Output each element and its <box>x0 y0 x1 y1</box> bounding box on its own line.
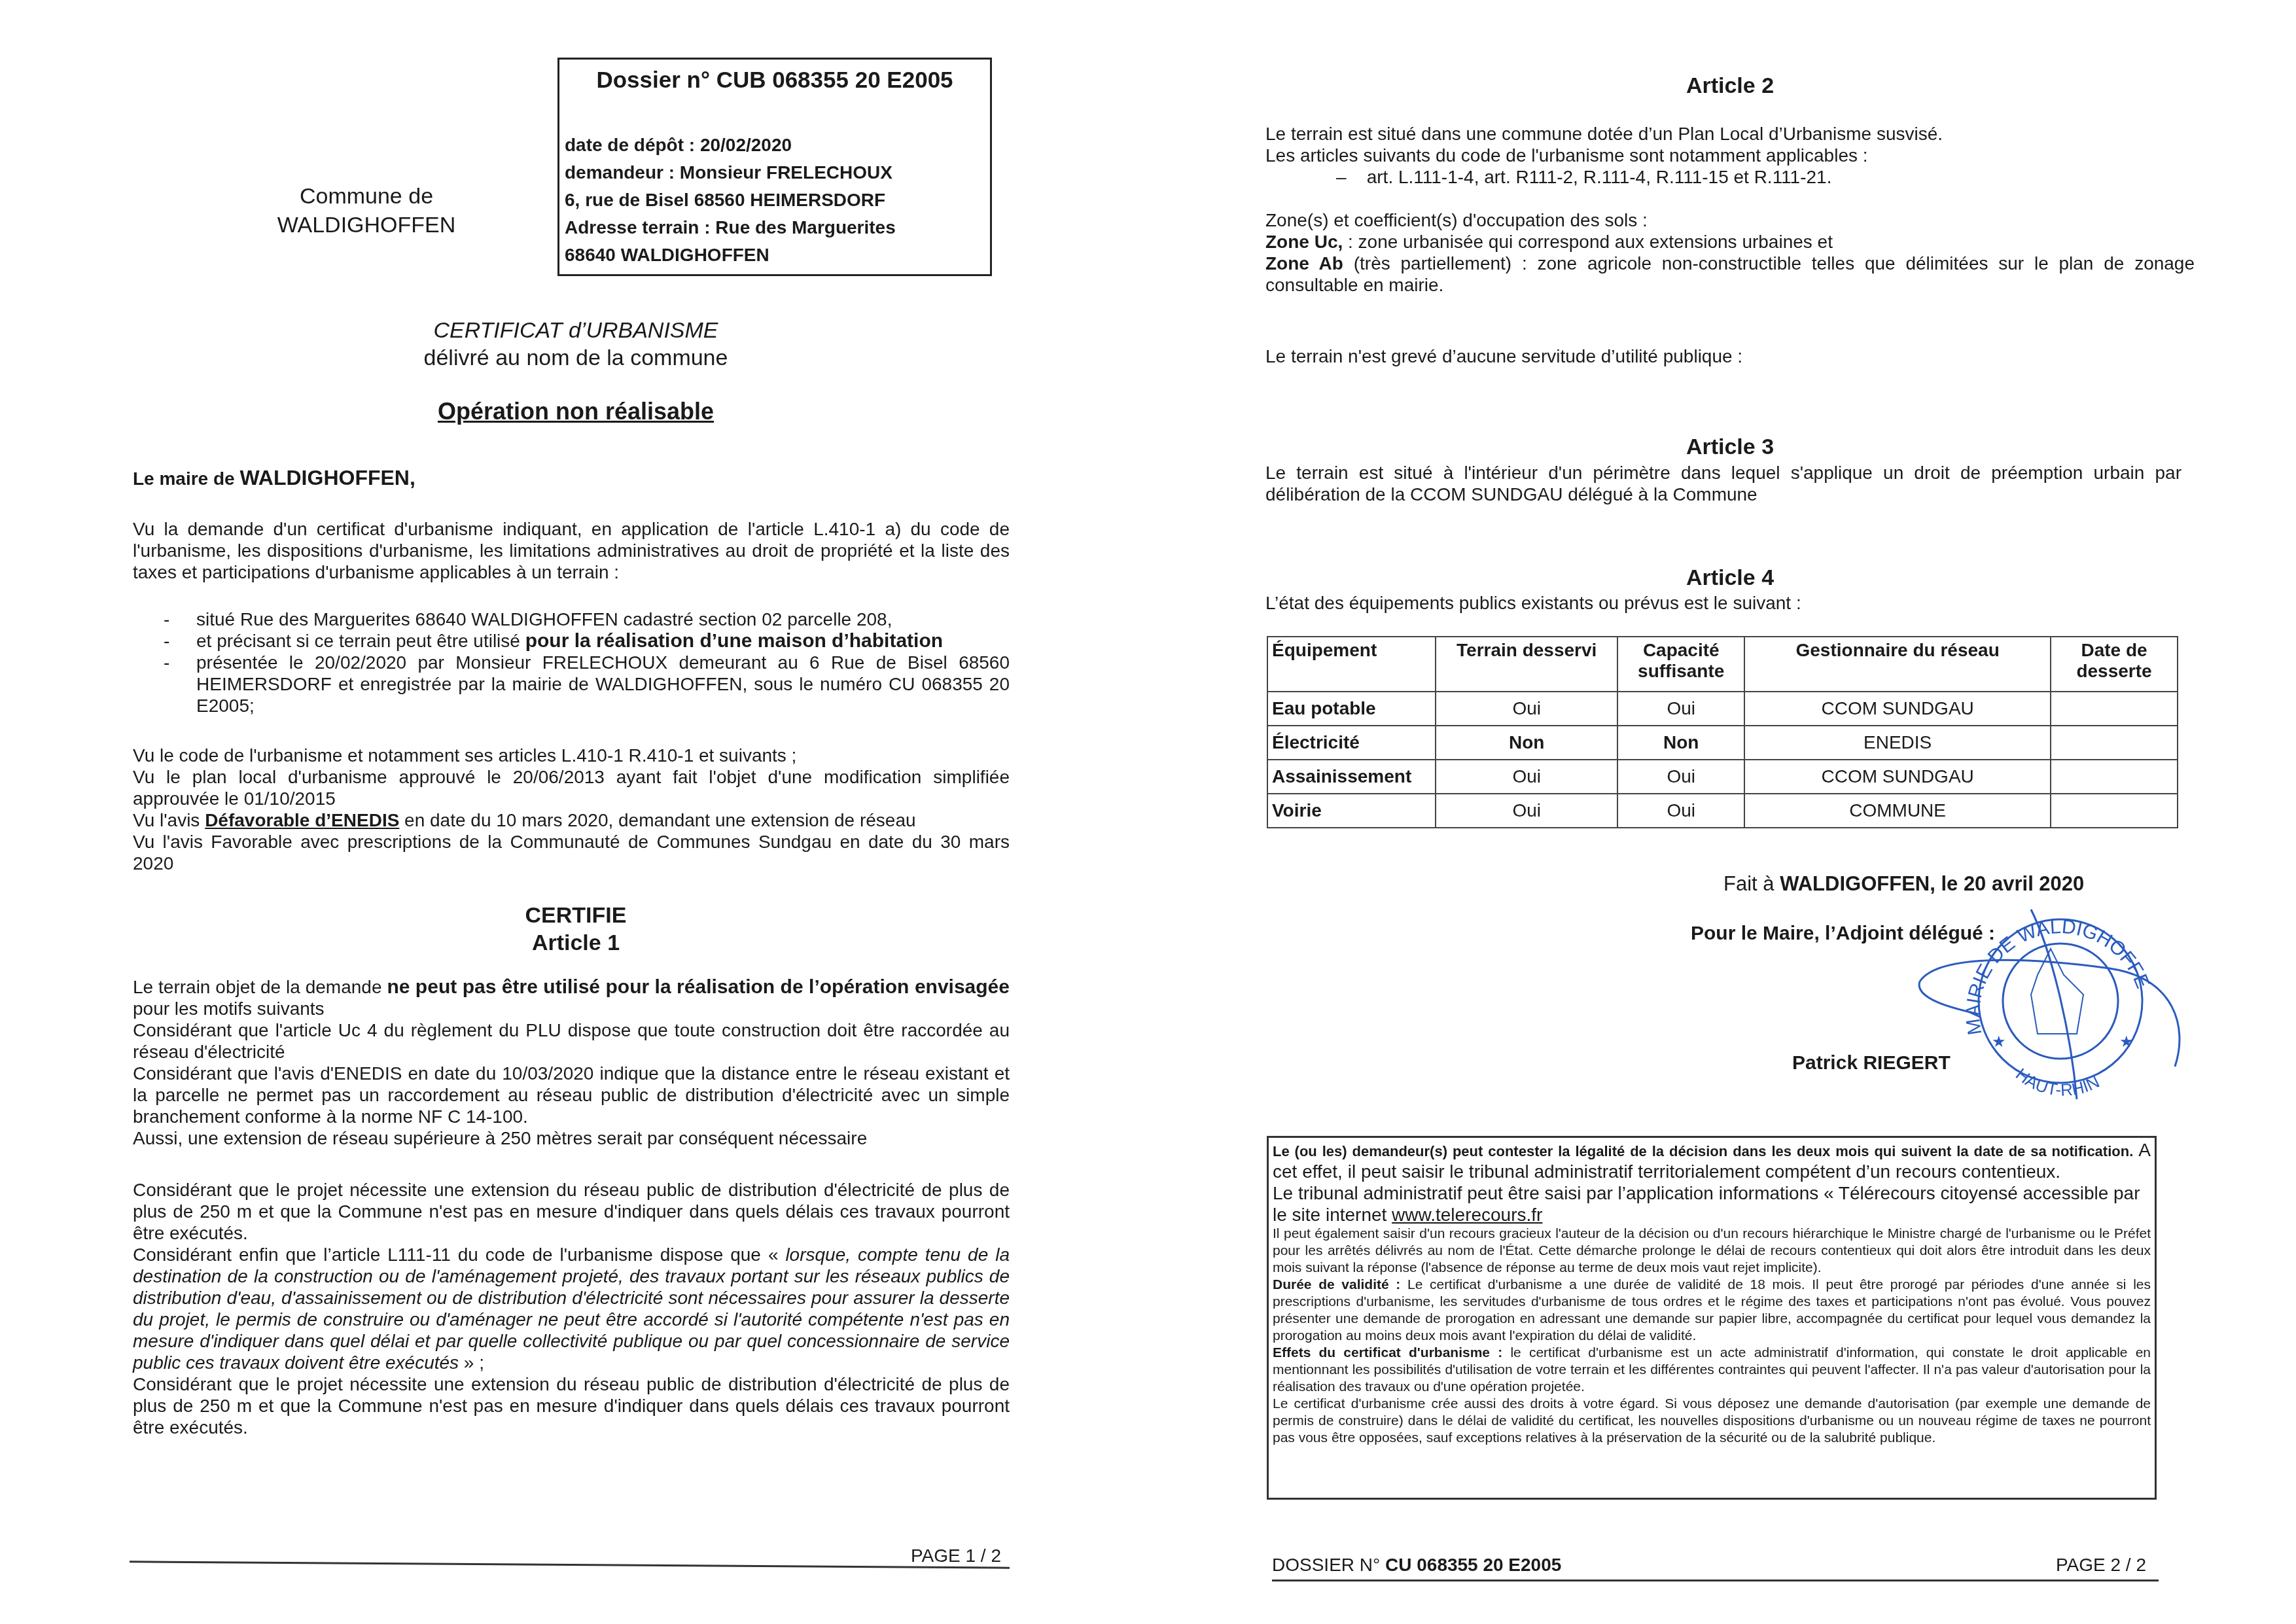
deposit-date: date de dépôt : 20/02/2020 <box>565 132 896 159</box>
col-header: Capacité suffisante <box>1617 637 1744 692</box>
legal-p5: Effets du certificat d'urbanisme : le ce… <box>1273 1345 2151 1396</box>
list-item: situé Rue des Marguerites 68640 WALDIGHO… <box>164 609 1010 630</box>
stamp-bottom-text: HAUT-RHIN <box>2012 1064 2102 1099</box>
article-2-body: Le terrain est situé dans une commune do… <box>1265 123 2195 296</box>
article-1-body-continued: Considérant que le projet nécessite une … <box>133 1179 1010 1438</box>
vu-demande: Vu la demande d'un certificat d'urbanism… <box>133 518 1010 583</box>
vu-enedis-suffix: en date du 10 mars 2020, demandant une e… <box>399 810 915 830</box>
page-number: PAGE 2 / 2 <box>2056 1555 2146 1576</box>
article-2-title: Article 2 <box>1265 73 2195 99</box>
c5-suffix: » ; <box>459 1352 484 1373</box>
intro-bold: ne peut pas être utilisé pour la réalisa… <box>387 976 1010 998</box>
servitude-text: Le terrain n'est grevé d’aucune servitud… <box>1265 345 2195 367</box>
intro-suffix: pour les motifs suivants <box>133 998 325 1019</box>
commune-label: Commune de <box>249 182 484 211</box>
footer-dossier-number: CU 068355 20 E2005 <box>1385 1555 1561 1575</box>
table-cell: CCOM SUNDGAU <box>1744 692 2051 726</box>
telerecours-link[interactable]: www.telerecours.fr <box>1392 1205 1542 1225</box>
table-row: VoirieOuiOuiCOMMUNE <box>1267 794 2178 828</box>
table-cell: CCOM SUNDGAU <box>1744 760 2051 794</box>
table-cell: Oui <box>1436 692 1617 726</box>
zone-ab: Zone Ab (très partiellement) : zone agri… <box>1265 253 2195 296</box>
zone-uc-text: : zone urbanisée qui correspond aux exte… <box>1343 232 1833 252</box>
table-cell: Oui <box>1617 760 1744 794</box>
zone-ab-label: Zone Ab <box>1265 253 1343 274</box>
table-cell <box>2051 794 2178 828</box>
zones-label: Zone(s) et coefficient(s) d'occupation d… <box>1265 209 2195 231</box>
article-3-title: Article 3 <box>1265 434 2195 460</box>
considerant-4: Considérant que le projet nécessite une … <box>133 1179 1010 1244</box>
equipment-name-cell: Assainissement <box>1267 760 1436 794</box>
table-cell: Oui <box>1617 794 1744 828</box>
table-cell: Oui <box>1617 692 1744 726</box>
footer-divider <box>1272 1580 2159 1581</box>
footer-dossier-prefix: DOSSIER N° <box>1272 1555 1385 1575</box>
considerant-5: Considérant enfin que l’article L111-11 … <box>133 1244 1010 1373</box>
vu-enedis-opinion: Défavorable d’ENEDIS <box>205 810 399 830</box>
table-cell: Non <box>1436 726 1617 760</box>
col-header: Terrain desservi <box>1436 637 1617 692</box>
legal-p4: Durée de validité : Le certificat d'urba… <box>1273 1277 2151 1345</box>
article-1-intro: Le terrain objet de la demande ne peut p… <box>133 976 1010 1019</box>
legal-p6: Le certificat d'urbanisme crée aussi des… <box>1273 1396 2151 1447</box>
legal-p1-bold: Le (ou les) demandeur(s) peut contester … <box>1273 1143 2133 1159</box>
article-1-body: Le terrain objet de la demande ne peut p… <box>133 976 1010 1149</box>
col-header: Gestionnaire du réseau <box>1744 637 2051 692</box>
c5-prefix: Considérant enfin que l’article L111-11 … <box>133 1244 785 1265</box>
table-cell: Oui <box>1436 794 1617 828</box>
vu-section: Vu le code de l'urbanisme et notamment s… <box>133 745 1010 874</box>
applicant-address: 6, rue de Bisel 68560 HEIMERSDORF <box>565 186 896 214</box>
considerant-1: Considérant que l'article Uc 4 du règlem… <box>133 1019 1010 1063</box>
table-cell <box>2051 760 2178 794</box>
bullet-location: situé Rue des Marguerites 68640 WALDIGHO… <box>196 609 892 629</box>
bullet-purpose-prefix: et précisant si ce terrain peut être uti… <box>196 631 525 651</box>
commune-name: WALDIGHOFFEN <box>249 211 484 239</box>
article-2-line-2: Les articles suivants du code de l'urban… <box>1265 145 2195 166</box>
vu-code: Vu le code de l'urbanisme et notamment s… <box>133 745 1010 766</box>
bullet-purpose: pour la réalisation d’une maison d’habit… <box>525 630 943 652</box>
intro-prefix: Le terrain objet de la demande <box>133 977 387 997</box>
land-city: 68640 WALDIGHOFFEN <box>565 241 896 269</box>
page-number: PAGE 1 / 2 <box>911 1545 1001 1566</box>
commune-heading: Commune de WALDIGHOFFEN <box>249 182 484 239</box>
operation-status-text: Opération non réalisable <box>438 398 714 425</box>
col-header: Date de desserte <box>2051 637 2178 692</box>
certificate-subtitle: délivré au nom de la commune <box>118 345 1034 371</box>
certifie-heading: CERTIFIE Article 1 <box>118 902 1034 957</box>
table-cell: ENEDIS <box>1744 726 2051 760</box>
table-cell <box>2051 692 2178 726</box>
fait-place-date: WALDIGOFFEN, le 20 avril 2020 <box>1780 872 2084 895</box>
table-cell <box>2051 726 2178 760</box>
legal-p1: Le (ou les) demandeur(s) peut contester … <box>1273 1139 2151 1182</box>
considerant-3: Aussi, une extension de réseau supérieur… <box>133 1127 1010 1149</box>
article-2-line-1: Le terrain est situé dans une commune do… <box>1265 123 2195 145</box>
vu-enedis-prefix: Vu l'avis <box>133 810 205 830</box>
legal-p4-bold: Durée de validité : <box>1273 1277 1400 1292</box>
mayor-prefix: Le maire de <box>133 468 239 489</box>
table-row: ÉlectricitéNonNonENEDIS <box>1267 726 2178 760</box>
legal-p3: Il peut également saisir d'un recours gr… <box>1273 1226 2151 1277</box>
table-row: Eau potableOuiOuiCCOM SUNDGAU <box>1267 692 2178 726</box>
table-row: AssainissementOuiOuiCCOM SUNDGAU <box>1267 760 2178 794</box>
dossier-box: Dossier n° CUB 068355 20 E2005 date de d… <box>557 58 992 276</box>
article-1-title: Article 1 <box>118 929 1034 957</box>
certifie-label: CERTIFIE <box>118 902 1034 929</box>
request-details-list: situé Rue des Marguerites 68640 WALDIGHO… <box>164 609 1010 716</box>
footer-dossier: DOSSIER N° CU 068355 20 E2005 <box>1272 1555 1561 1576</box>
table-cell: Non <box>1617 726 1744 760</box>
zone-uc-label: Zone Uc, <box>1265 232 1343 252</box>
fait-prefix: Fait à <box>1723 872 1780 895</box>
article-3-body: Le terrain est situé à l'intérieur d'un … <box>1265 462 2181 505</box>
vu-plu: Vu le plan local d'urbanisme approuvé le… <box>133 766 1010 809</box>
applicant: demandeur : Monsieur FRELECHOUX <box>565 159 896 186</box>
equipment-name-cell: Eau potable <box>1267 692 1436 726</box>
article-4-title: Article 4 <box>1265 565 2195 591</box>
land-address: Adresse terrain : Rue des Marguerites <box>565 214 896 241</box>
list-item: et précisant si ce terrain peut être uti… <box>164 630 1010 652</box>
legal-p2: Le tribunal administratif peut être sais… <box>1273 1182 2151 1226</box>
equipment-table: Équipement Terrain desservi Capacité suf… <box>1267 636 2178 828</box>
operation-status: Opération non réalisable <box>118 398 1034 425</box>
table-cell: Oui <box>1436 760 1617 794</box>
bullet-submission: présentée le 20/02/2020 par Monsieur FRE… <box>196 652 1010 716</box>
page-1: Commune de WALDIGHOFFEN Dossier n° CUB 0… <box>0 0 1148 1624</box>
mayor-line: Le maire de WALDIGHOFFEN, <box>133 466 1010 490</box>
official-stamp-icon: MAIRIE DE WALDIGHOFFEN HAUT-RHIN ★ ★ <box>1900 896 2181 1106</box>
col-header: Équipement <box>1267 637 1436 692</box>
svg-text:★: ★ <box>1992 1033 2006 1051</box>
footer-divider <box>130 1561 1010 1568</box>
signature-place-date: Fait à WALDIGOFFEN, le 20 avril 2020 <box>1723 872 2084 896</box>
legal-p5-bold: Effets du certificat d'urbanisme : <box>1273 1345 1502 1360</box>
article-4-body: L’état des équipements publics existants… <box>1265 592 2195 614</box>
equipment-name-cell: Électricité <box>1267 726 1436 760</box>
table-header-row: Équipement Terrain desservi Capacité suf… <box>1267 637 2178 692</box>
legal-notice-box: Le (ou les) demandeur(s) peut contester … <box>1267 1136 2157 1500</box>
article-2-refs-text: art. L.111-1-4, art. R111-2, R.111-4, R.… <box>1367 167 1832 187</box>
vu-ccom: Vu l'avis Favorable avec prescriptions d… <box>133 831 1010 874</box>
legal-p4-text: Le certificat d'urbanisme a une durée de… <box>1273 1277 2151 1343</box>
equipment-name-cell: Voirie <box>1267 794 1436 828</box>
considerant-6: Considérant que le projet nécessite une … <box>133 1373 1010 1438</box>
vu-enedis: Vu l'avis Défavorable d’ENEDIS en date d… <box>133 809 1010 831</box>
table-cell: COMMUNE <box>1744 794 2051 828</box>
svg-text:★: ★ <box>2119 1033 2134 1051</box>
list-item: présentée le 20/02/2020 par Monsieur FRE… <box>164 652 1010 716</box>
dossier-number: Dossier n° CUB 068355 20 E2005 <box>559 67 990 94</box>
mayor-commune: WALDIGHOFFEN, <box>239 466 415 489</box>
zone-uc: Zone Uc, : zone urbanisée qui correspond… <box>1265 231 2195 253</box>
svg-text:HAUT-RHIN: HAUT-RHIN <box>2012 1064 2102 1099</box>
considerant-2: Considérant que l'avis d'ENEDIS en date … <box>133 1063 1010 1127</box>
article-2-refs: – art. L.111-1-4, art. R111-2, R.111-4, … <box>1265 166 2195 188</box>
page-2: Article 2 Le terrain est situé dans une … <box>1148 0 2296 1624</box>
zone-ab-text: (très partiellement) : zone agricole non… <box>1265 253 2195 295</box>
certificate-title: CERTIFICAT d’URBANISME <box>118 318 1034 344</box>
